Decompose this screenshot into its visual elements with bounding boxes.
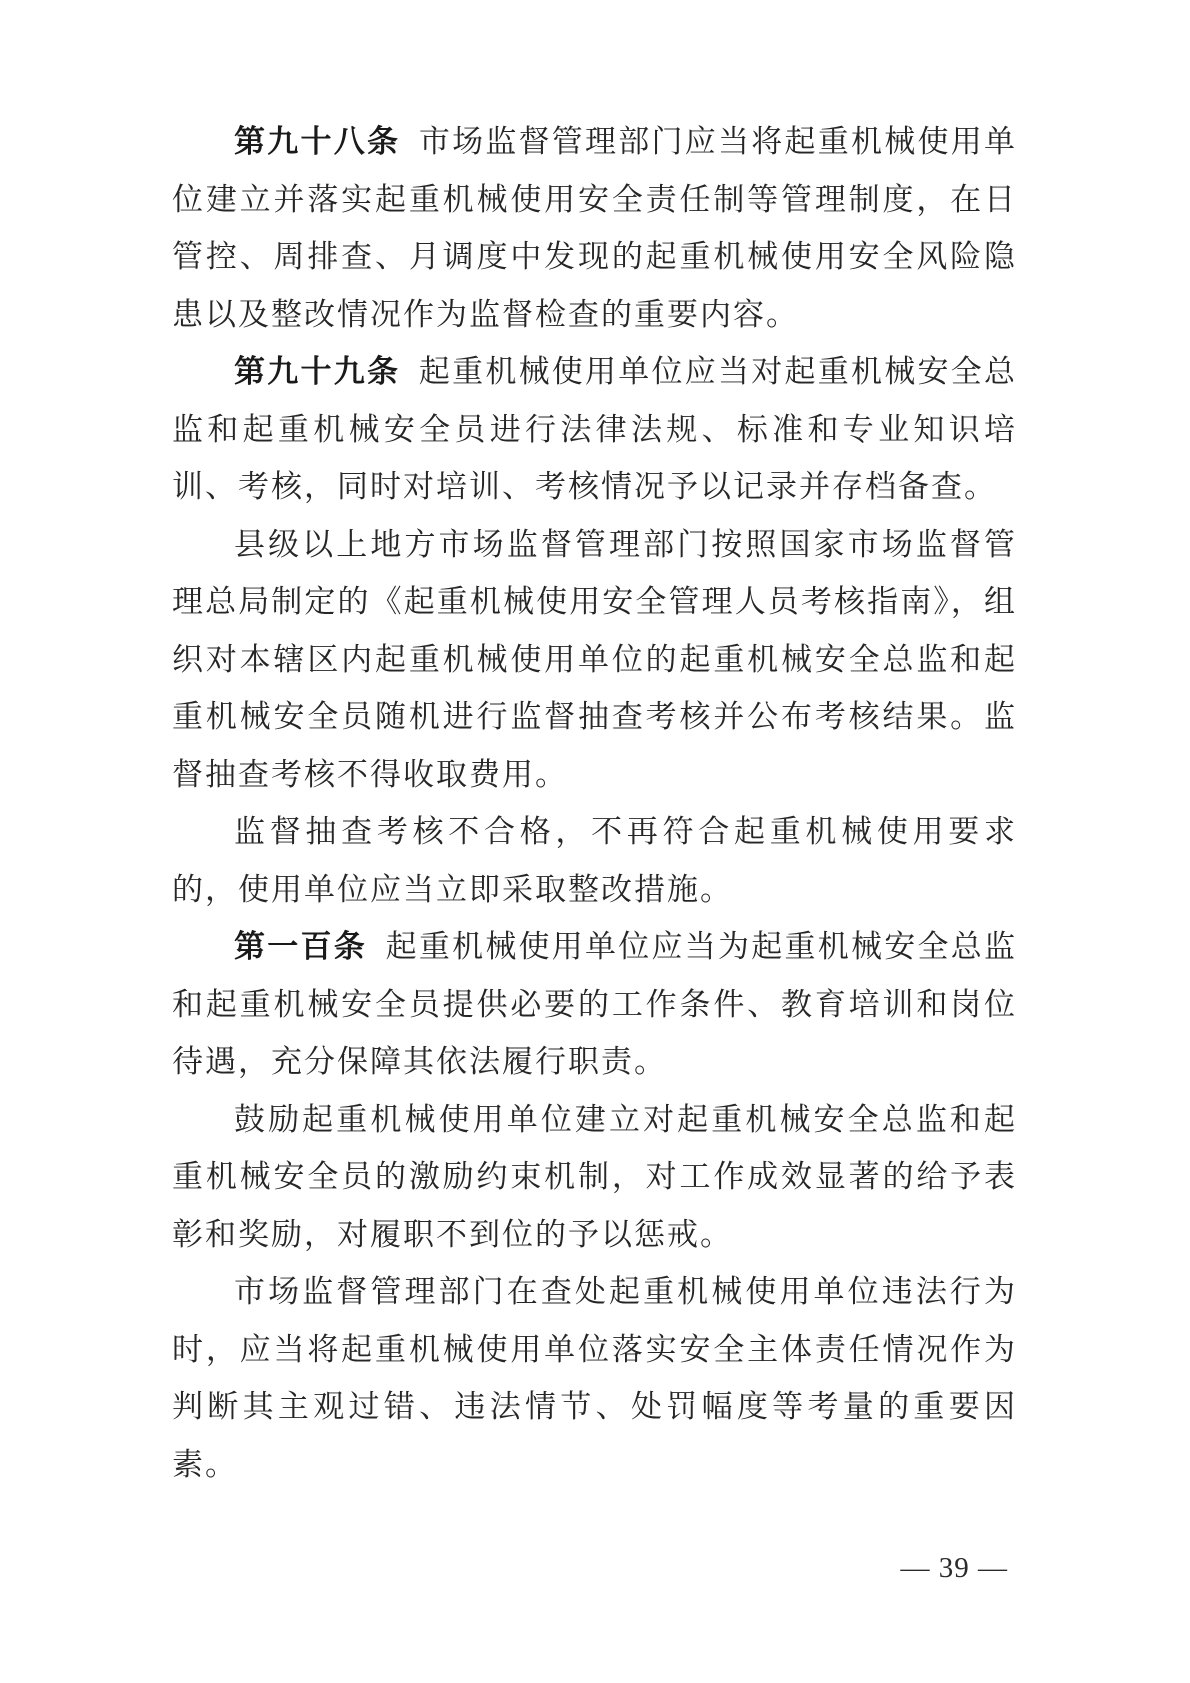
paragraph: 鼓励起重机械使用单位建立对起重机械安全总监和起重机械安全员的激励约束机制，对工作… (172, 1091, 1017, 1264)
document-page: 第九十八条市场监督管理部门应当将起重机械使用单位建立并落实起重机械使用安全责任制… (0, 0, 1190, 1683)
article-number: 第一百条 (234, 929, 367, 964)
article-text: 鼓励起重机械使用单位建立对起重机械安全总监和起重机械安全员的激励约束机制，对工作… (172, 1102, 1017, 1252)
article-text: 县级以上地方市场监督管理部门按照国家市场监督管理总局制定的《起重机械使用安全管理… (172, 527, 1017, 792)
paragraph: 第一百条起重机械使用单位应当为起重机械安全总监和起重机械安全员提供必要的工作条件… (172, 918, 1017, 1091)
article-text: 市场监督管理部门在查处起重机械使用单位违法行为时，应当将起重机械使用单位落实安全… (172, 1274, 1017, 1482)
paragraph: 县级以上地方市场监督管理部门按照国家市场监督管理总局制定的《起重机械使用安全管理… (172, 516, 1017, 804)
paragraph: 第九十九条起重机械使用单位应当对起重机械安全总监和起重机械安全员进行法律法规、标… (172, 343, 1017, 516)
page-number: — 39 — (901, 1552, 1009, 1585)
document-body: 第九十八条市场监督管理部门应当将起重机械使用单位建立并落实起重机械使用安全责任制… (172, 113, 1017, 1493)
article-number: 第九十八条 (234, 124, 400, 159)
paragraph: 市场监督管理部门在查处起重机械使用单位违法行为时，应当将起重机械使用单位落实安全… (172, 1263, 1017, 1493)
paragraph: 监督抽查考核不合格，不再符合起重机械使用要求的，使用单位应当立即采取整改措施。 (172, 803, 1017, 918)
article-number: 第九十九条 (234, 354, 400, 389)
article-text: 监督抽查考核不合格，不再符合起重机械使用要求的，使用单位应当立即采取整改措施。 (172, 814, 1017, 907)
paragraph: 第九十八条市场监督管理部门应当将起重机械使用单位建立并落实起重机械使用安全责任制… (172, 113, 1017, 343)
